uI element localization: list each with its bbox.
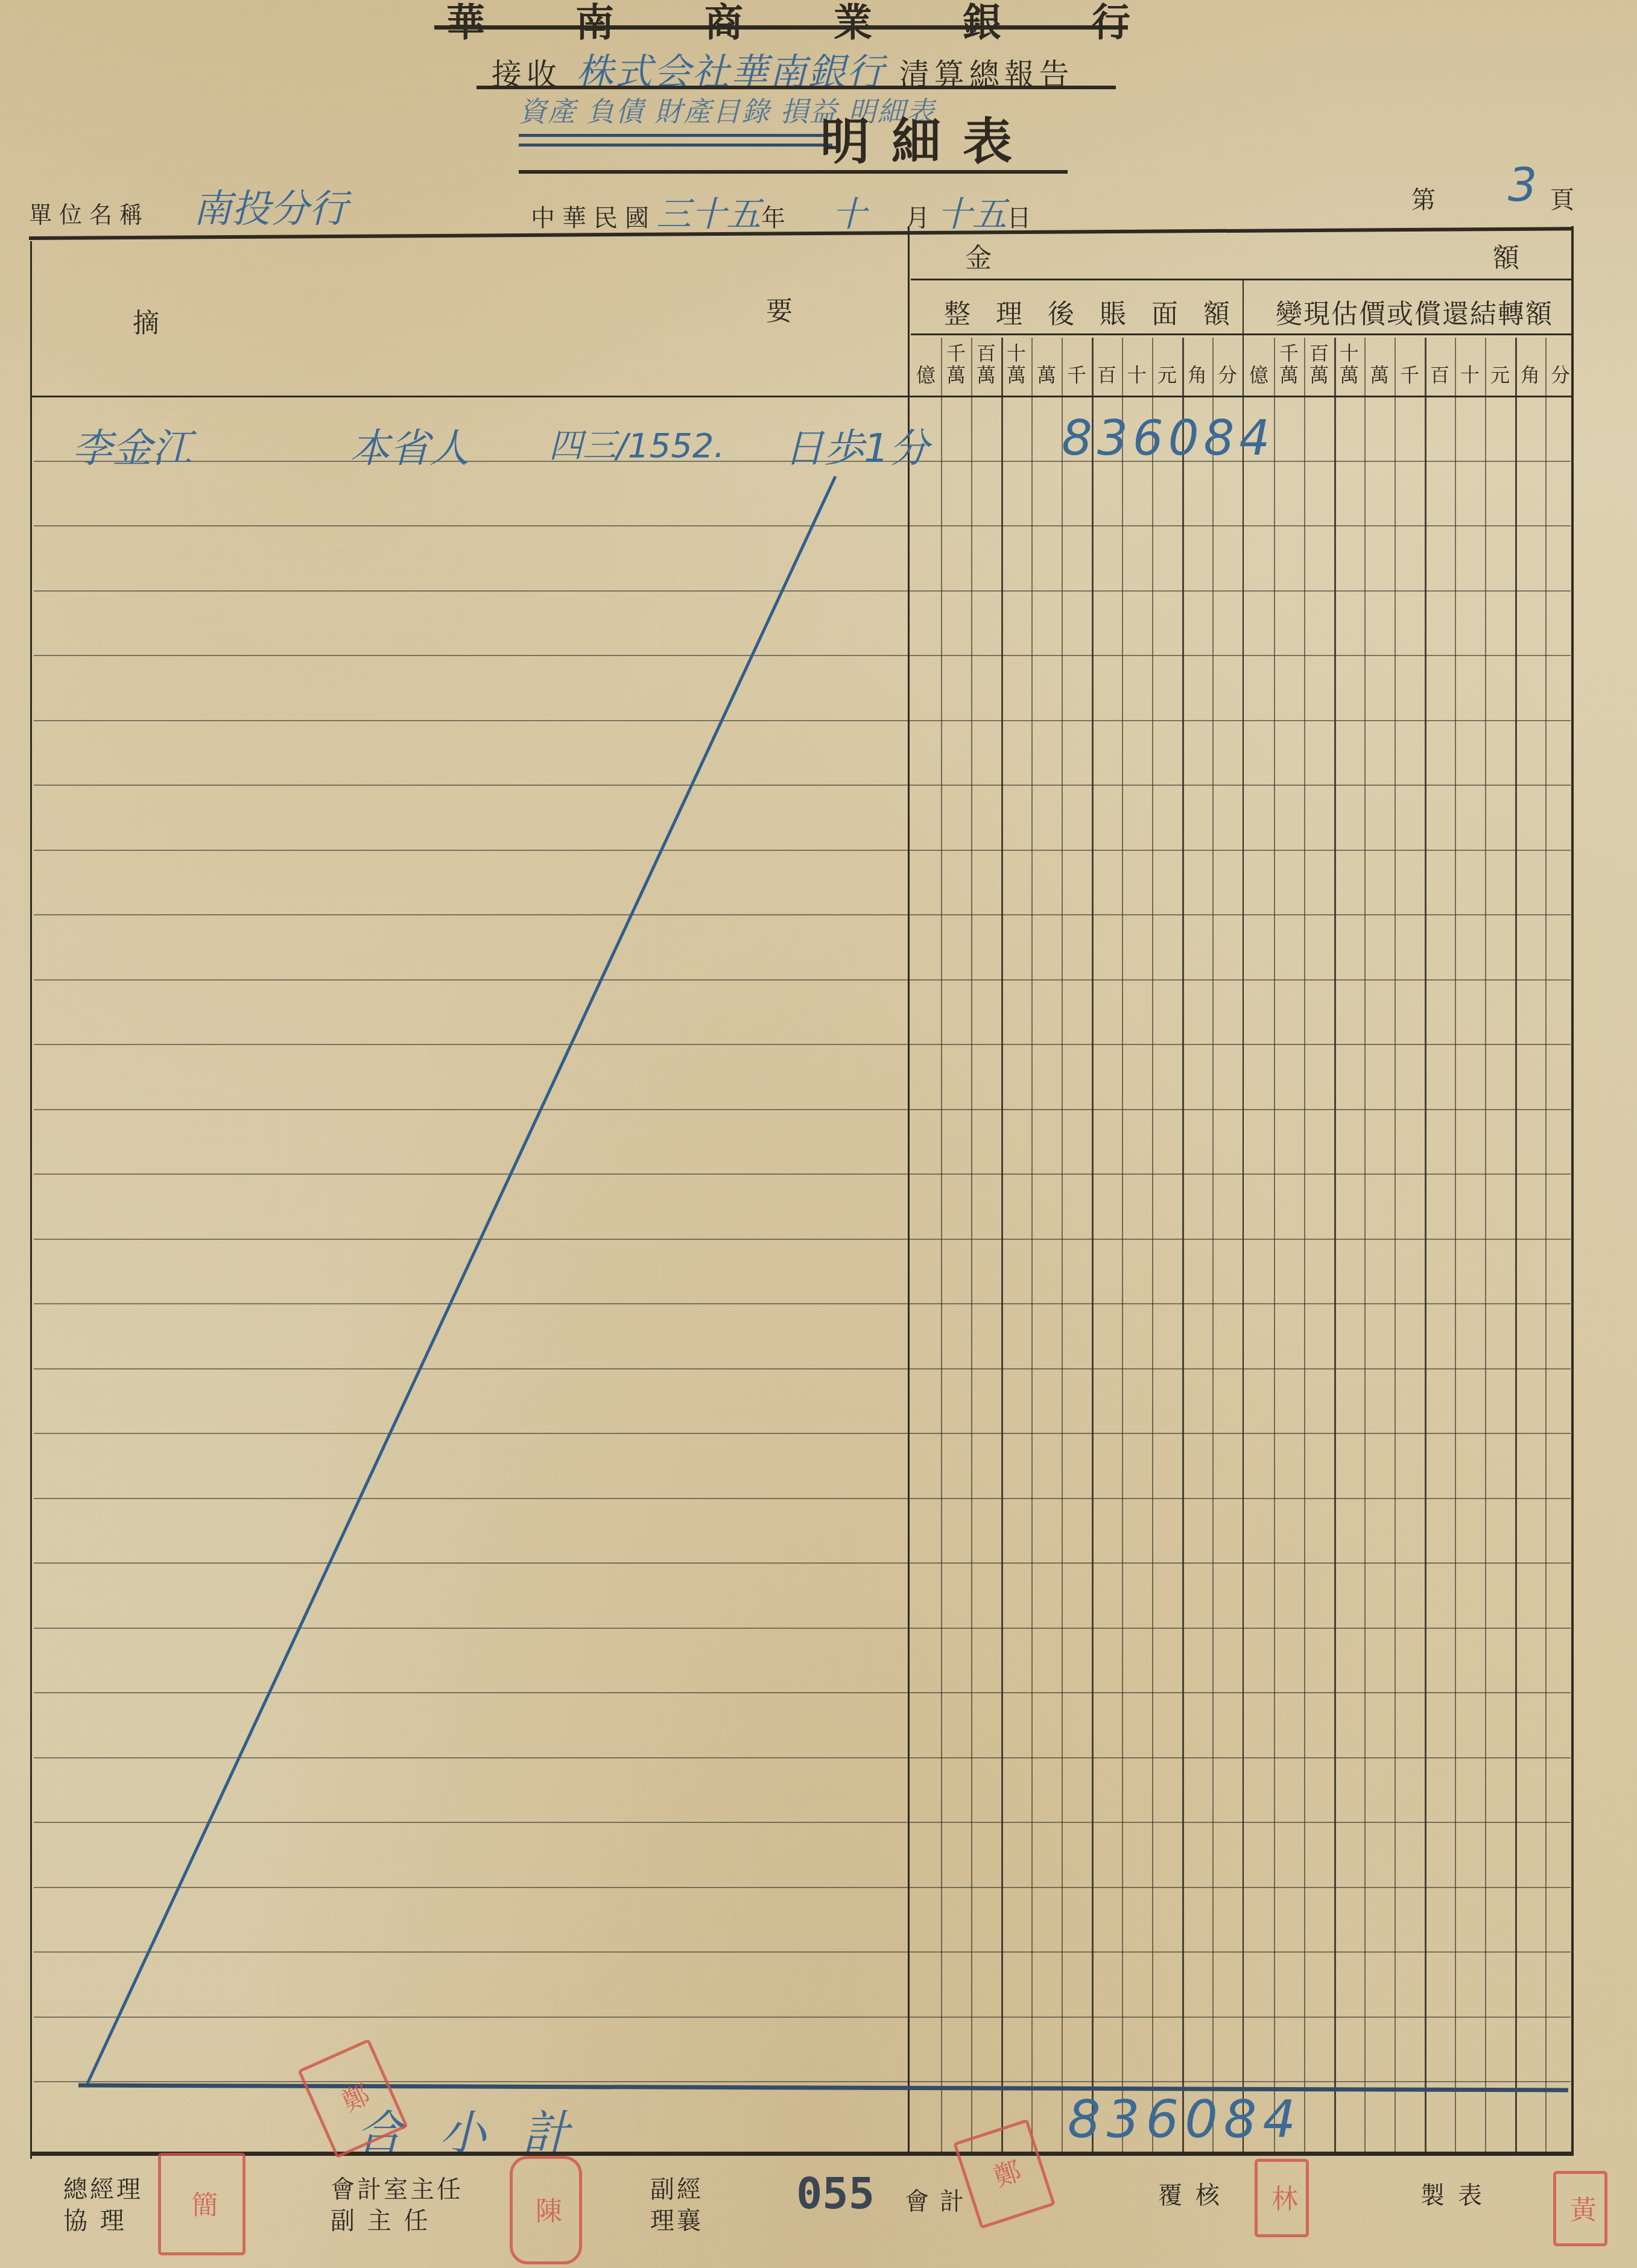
- seal-review: 林: [1255, 2159, 1309, 2237]
- sig-general-manager: 總經理 協 理: [63, 2174, 143, 2237]
- sig-accounting-chief: 會計室主任 副 主 任: [331, 2174, 463, 2237]
- cancel-diagonal-line: [0, 0, 1637, 2268]
- table-bottom-rule: [32, 2152, 1573, 2156]
- seal-prepared-by: 黃: [1553, 2171, 1607, 2246]
- sig-general-manager-line1: 總經理: [63, 2174, 143, 2205]
- sig-review: 覆核: [1158, 2180, 1233, 2211]
- serial-number: 055: [796, 2168, 875, 2219]
- sig-accounting: 會計: [905, 2186, 975, 2217]
- sig-accounting-chief-line2: 副 主 任: [331, 2205, 463, 2237]
- sig-branch-manager: 副經 理襄: [650, 2174, 703, 2237]
- seal-general-manager: 簡: [158, 2153, 245, 2255]
- subtotal-amount: 836084: [1068, 2090, 1302, 2150]
- sig-accounting-chief-line1: 會計室主任: [331, 2174, 463, 2205]
- sig-branch-manager-line2: 理襄: [650, 2205, 703, 2237]
- sig-general-manager-line2: 協 理: [63, 2205, 143, 2237]
- sig-branch-manager-line1: 副經: [650, 2174, 703, 2205]
- sig-prepared-by: 製表: [1420, 2180, 1495, 2211]
- seal-accounting-chief: 陳: [510, 2156, 582, 2264]
